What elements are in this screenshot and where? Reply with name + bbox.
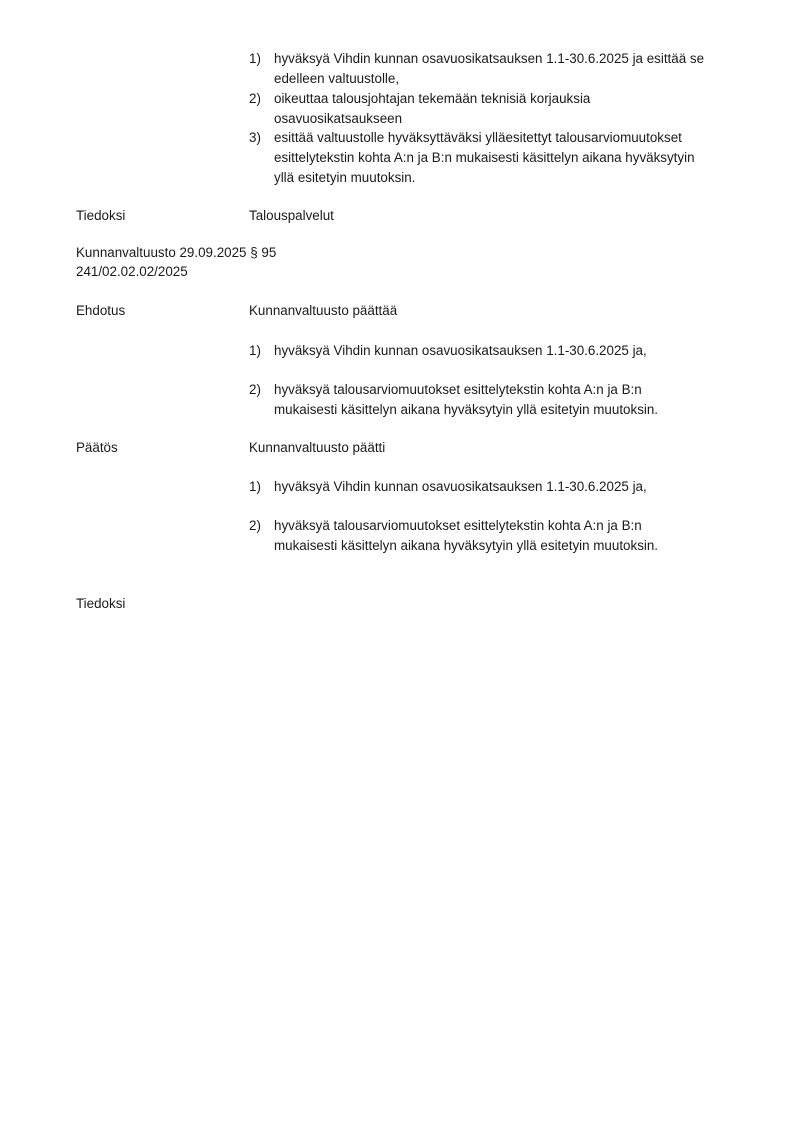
list-number: 1) <box>249 49 261 69</box>
list-text: esittää valtuustolle hyväksyttäväksi yll… <box>274 128 695 148</box>
list-text: mukaisesti käsittelyn aikana hyväksytyin… <box>274 400 658 420</box>
list-text: hyväksyä Vihdin kunnan osavuosikatsaukse… <box>274 341 647 361</box>
list-text: hyväksyä talousarviomuutokset esittelyte… <box>274 516 658 536</box>
list-text: hyväksyä talousarviomuutokset esittelyte… <box>274 380 658 400</box>
list-number: 2) <box>249 516 261 536</box>
paatos-heading: Kunnanvaltuusto päätti <box>249 438 385 458</box>
list-text: hyväksyä Vihdin kunnan osavuosikatsaukse… <box>274 477 647 497</box>
list-text: hyväksyä Vihdin kunnan osavuosikatsaukse… <box>274 49 704 69</box>
list-number: 1) <box>249 341 261 361</box>
list-text: osavuosikatsaukseen <box>274 109 590 129</box>
ehdotus-label: Ehdotus <box>76 301 125 321</box>
list-text: oikeuttaa talousjohtajan tekemään teknis… <box>274 89 590 109</box>
list-text: esittelytekstin kohta A:n ja B:n mukaise… <box>274 148 695 168</box>
list-number: 2) <box>249 380 261 400</box>
paatos-label: Päätös <box>76 438 118 458</box>
tiedoksi-label: Tiedoksi <box>76 206 125 226</box>
list-number: 1) <box>249 477 261 497</box>
list-number: 3) <box>249 128 261 148</box>
meeting-reference: 241/02.02.02/2025 <box>76 262 188 282</box>
tiedoksi-value: Talouspalvelut <box>249 206 334 226</box>
tiedoksi-label: Tiedoksi <box>76 594 125 614</box>
list-text: yllä esitetyin muutoksin. <box>274 168 695 188</box>
list-text: mukaisesti käsittelyn aikana hyväksytyin… <box>274 536 658 556</box>
ehdotus-heading: Kunnanvaltuusto päättää <box>249 301 397 321</box>
list-number: 2) <box>249 89 261 109</box>
list-text: edelleen valtuustolle, <box>274 69 704 89</box>
meeting-title: Kunnanvaltuusto 29.09.2025 § 95 <box>76 243 276 263</box>
